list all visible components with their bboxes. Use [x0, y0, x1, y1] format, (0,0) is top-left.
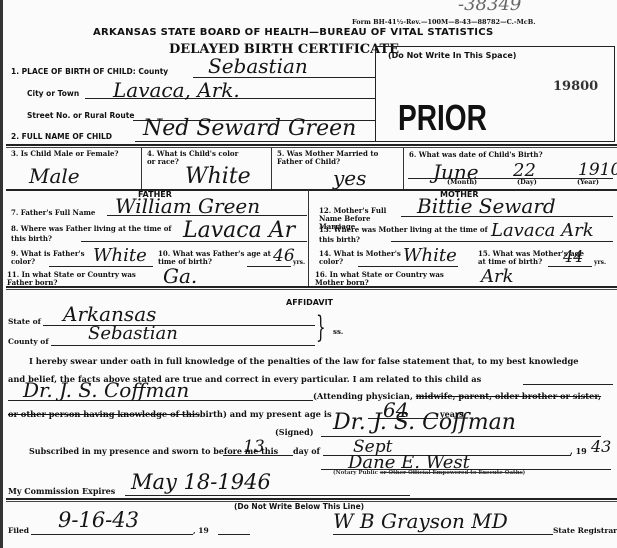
child-name-value: Ned Seward Green	[143, 116, 356, 141]
place-of-birth-label: 1. PLACE OF BIRTH OF CHILD: County	[11, 67, 168, 76]
father-age-value: 46	[273, 246, 295, 266]
state-label: State of	[8, 317, 41, 326]
signed-label: (Signed)	[275, 427, 313, 437]
oath-line-4-text: birth) and my present age is	[200, 409, 332, 419]
notary-caption-struck: or Other Official Empowered to Execute O…	[380, 470, 523, 476]
commission-label: My Commission Expires	[8, 486, 115, 496]
stamp-number: -38349	[458, 0, 521, 15]
county-affidavit-value: Sebastian	[88, 323, 178, 344]
commission-value: May 18-1946	[131, 470, 271, 494]
relation-note-struck: midwife, parent, older brother or sister…	[416, 391, 601, 401]
county-value: Sebastian	[208, 54, 308, 78]
city-value: Lavaca, Ark.	[113, 78, 240, 102]
oath-line-4: or other person having knowledge of this…	[8, 409, 332, 419]
sex-label: 3. Is Child Male or Female?	[11, 150, 121, 158]
mother-age-unit: yrs.	[594, 259, 606, 266]
city-label: City or Town	[27, 89, 79, 98]
father-age-unit: yrs.	[293, 259, 305, 266]
father-color-label: 9. What is Father's color?	[11, 250, 96, 266]
mother-birthplace-value: Ark	[481, 266, 514, 287]
mother-color-label: 14. What is Mother's color?	[319, 250, 404, 266]
mother-color-value: White	[403, 245, 457, 266]
day-value: 13	[243, 437, 265, 457]
married-label: 5. Was Mother Married to Father of Child…	[277, 150, 397, 166]
month-caption: (Month)	[447, 178, 477, 186]
registrar-label: State Registrar	[553, 526, 617, 535]
day-caption: (Day)	[517, 178, 537, 186]
year-caption: (Year)	[577, 178, 599, 186]
county-label: County of	[8, 337, 49, 346]
day-of-label: day of	[293, 446, 320, 456]
brace: }	[316, 313, 326, 343]
affidavit-heading: AFFIDAVIT	[286, 298, 333, 307]
filed-value: 9-16-43	[58, 508, 139, 532]
relation-value: Dr. J. S. Coffman	[23, 378, 189, 402]
dob-year-value: 1910	[578, 160, 617, 180]
registration-number: 19800	[553, 79, 598, 94]
relation-note: (Attending physician, midwife, parent, o…	[313, 391, 601, 401]
agency-title: ARKANSAS STATE BOARD OF HEALTH—BUREAU OF…	[93, 27, 494, 38]
race-value: White	[185, 164, 251, 189]
father-name-label: 7. Father's Full Name	[11, 209, 95, 217]
notary-caption: (Notary Public or Other Official Empower…	[333, 470, 525, 476]
form-id: Form BH-41½-Rev.—100M—8-43—88782—C.-McB.	[352, 18, 536, 26]
registrar-signature: W B Grayson MD	[333, 509, 508, 533]
oath-line-1: I hereby swear under oath in full knowle…	[29, 356, 579, 366]
father-residence-value: Lavaca Ar	[183, 218, 295, 243]
notary-caption-text: (Notary Public	[333, 470, 378, 476]
mother-name-value: Bittie Seward	[417, 194, 556, 218]
mother-age-value: 44	[563, 247, 583, 266]
mother-birthplace-label: 16. In what State or Country was Mother …	[315, 271, 460, 287]
year-value: 43	[591, 437, 611, 456]
filed-year-label: , 19	[193, 526, 209, 535]
married-value: yes	[333, 166, 366, 190]
dob-label: 6. What was date of Child's Birth?	[409, 151, 543, 159]
sex-value: Male	[29, 164, 80, 188]
office-use-box: (Do Not Write In This Space) 19800 PRIOR	[375, 46, 615, 142]
father-birthplace-label: 11. In what State or Country was Father …	[7, 271, 147, 287]
father-color-value: White	[93, 245, 147, 266]
father-birthplace-value: Ga.	[163, 264, 197, 288]
oath-line-4-struck: or other person having knowledge of this	[8, 409, 200, 419]
office-box-label: (Do Not Write In This Space)	[388, 51, 516, 60]
father-name-value: William Green	[115, 194, 260, 218]
prior-stamp: PRIOR	[398, 97, 487, 139]
notary-caption-close: )	[523, 470, 526, 476]
affiant-signature: Dr. J. S. Coffman	[333, 410, 516, 435]
mother-residence-value: Lavaca Ark	[491, 220, 594, 241]
ss-label: ss.	[333, 327, 343, 336]
delayed-birth-certificate: -38349 Form BH-41½-Rev.—100M—8-43—88782—…	[0, 0, 617, 548]
year-prefix: , 19	[570, 446, 587, 456]
mother-residence-label: 13. Where was Mother living at the time …	[319, 225, 494, 245]
street-label: Street No. or Rural Route	[27, 111, 134, 120]
filed-label: Filed	[8, 526, 29, 535]
child-name-label: 2. FULL NAME OF CHILD	[11, 132, 112, 141]
